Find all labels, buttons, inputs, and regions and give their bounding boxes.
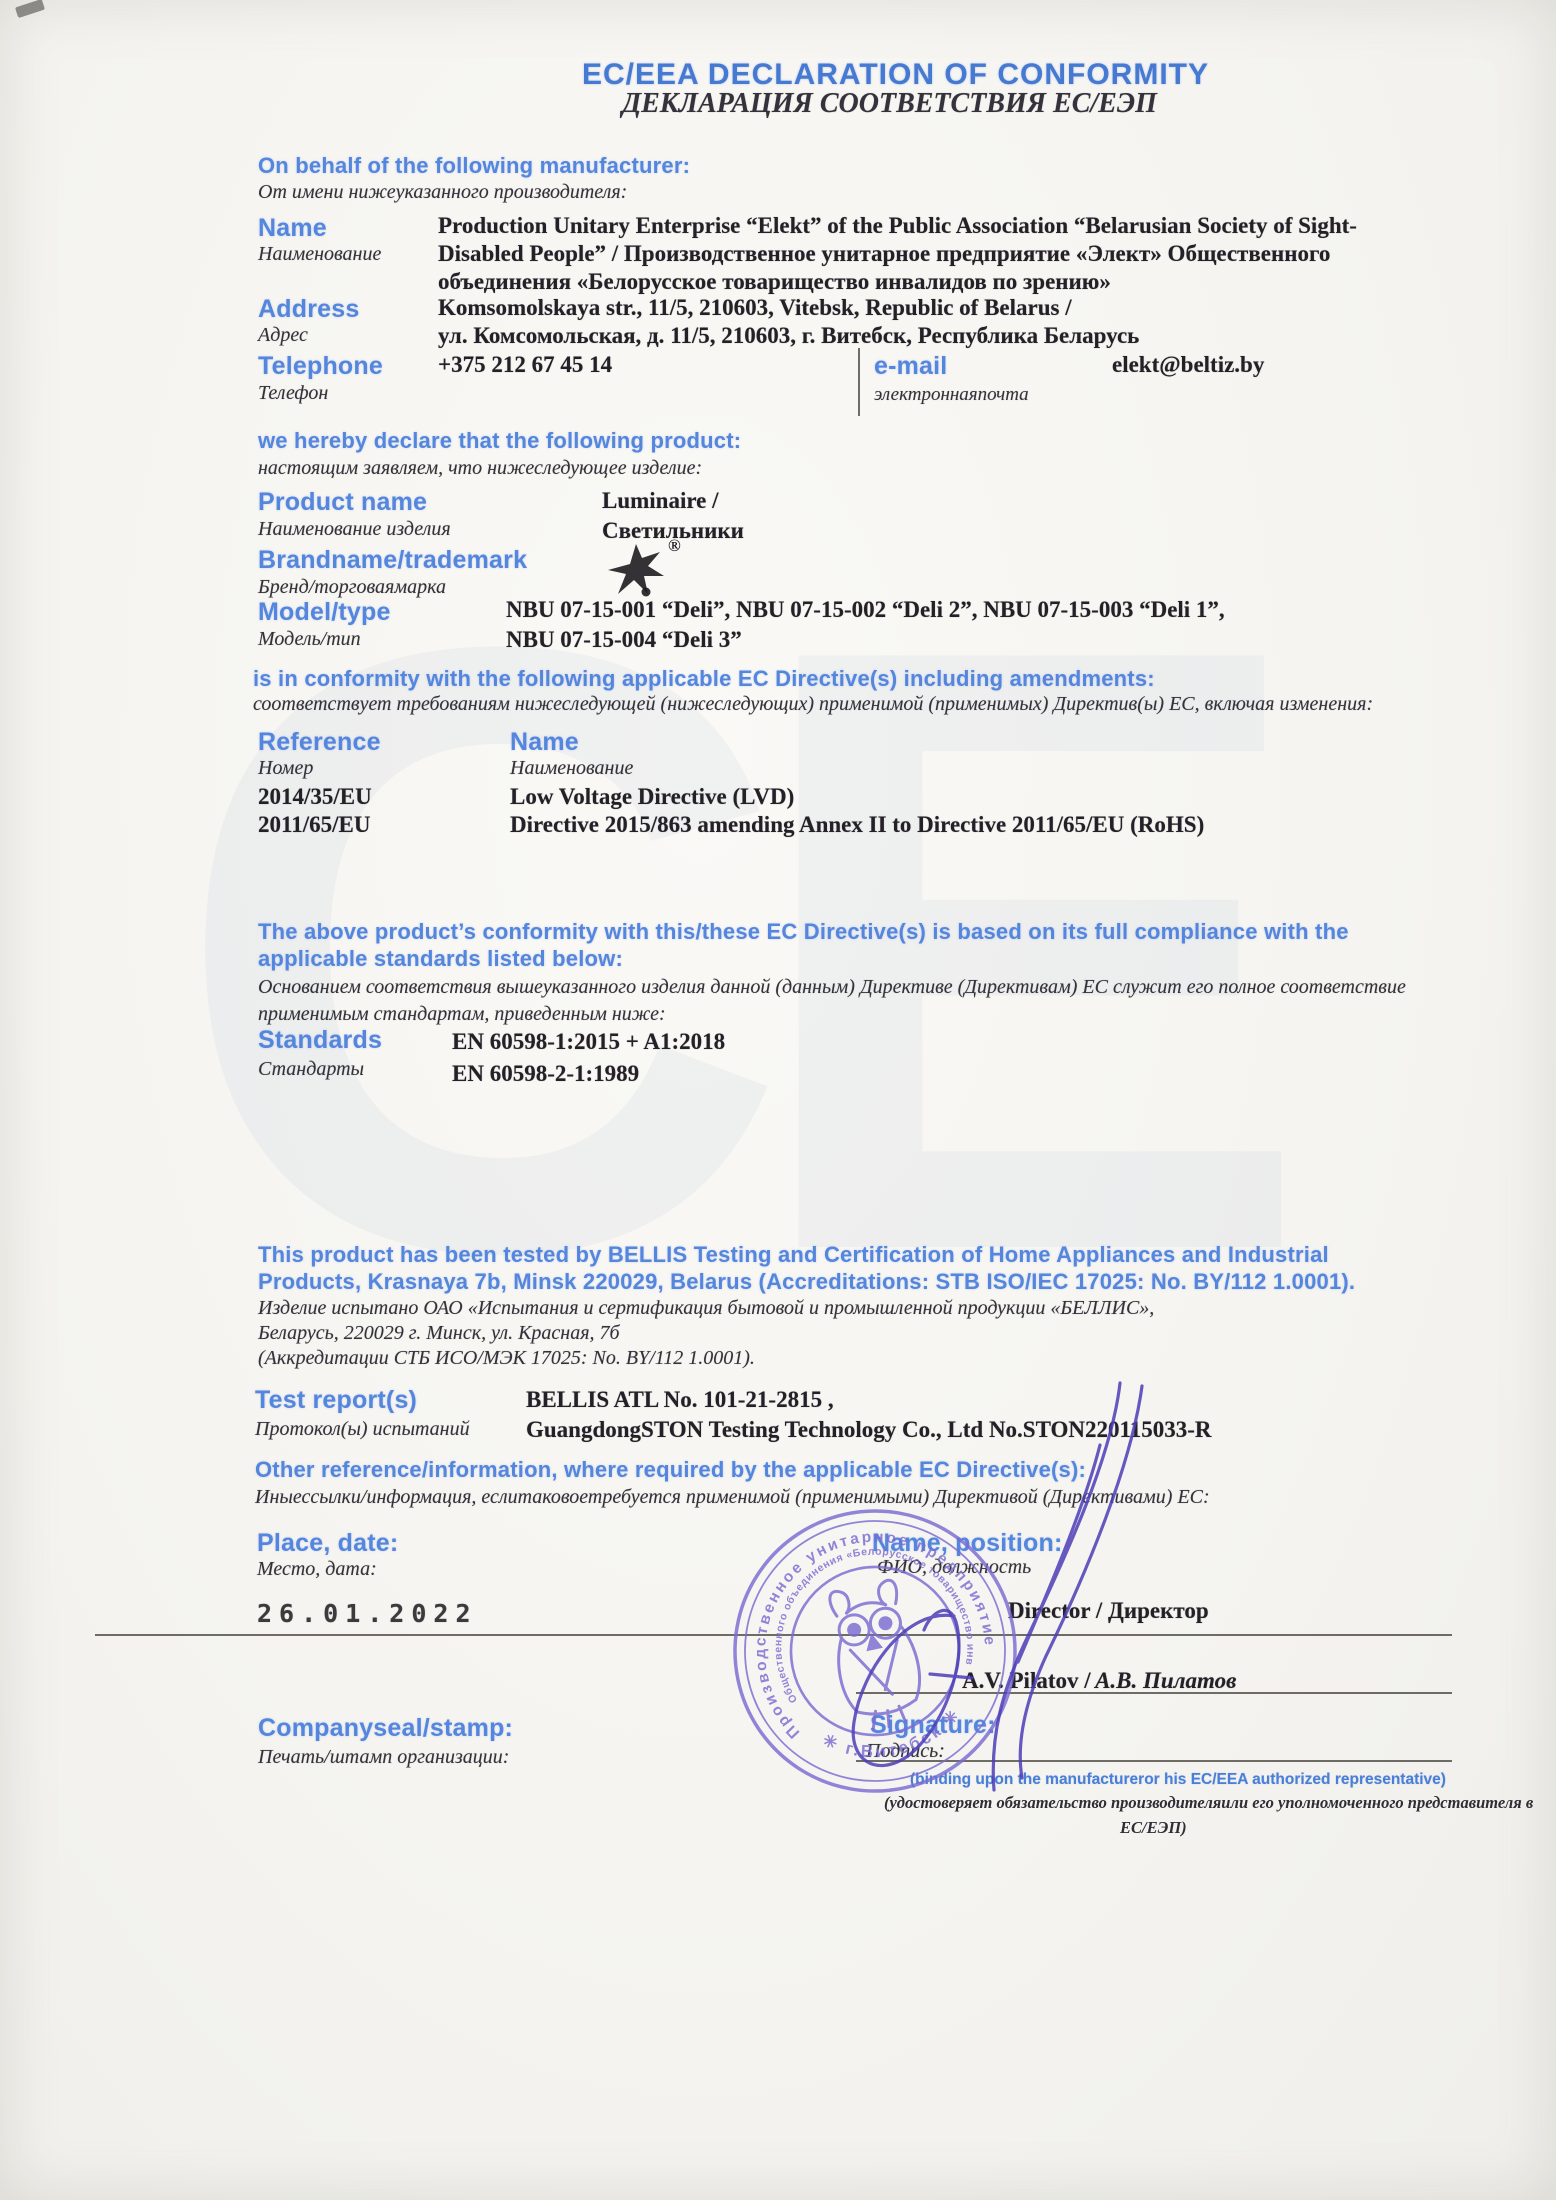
scanned-declaration-document: CE EC/EEA DECLARATION OF CONFORMITY ДЕКЛ… xyxy=(0,0,1556,2200)
handwritten-signature xyxy=(0,0,1556,2200)
